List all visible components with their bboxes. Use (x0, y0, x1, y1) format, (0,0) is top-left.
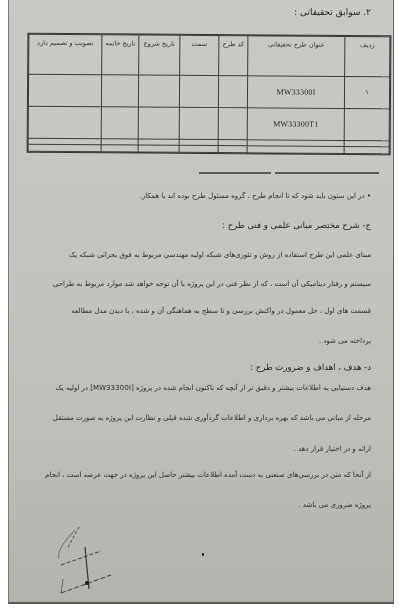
project-code-cell: MW33300T1 (247, 108, 344, 140)
table-row: MW33300T1 (28, 106, 389, 140)
section-d-line: پروژه ضروری می باشد . (298, 501, 371, 509)
footnote-text: • در این ستون باید شود که تا انجام طرح ،… (140, 192, 371, 200)
section-d-line: مرحله از مبانی می باشد که بهره برداری و … (31, 414, 371, 422)
table-cell (28, 106, 101, 138)
column-header: تاریخ خاتمه (102, 35, 139, 75)
table-cell (218, 107, 247, 139)
ink-mark (202, 553, 204, 556)
section-c-line: مبنای علمی این طرح استفاده از روش و تئور… (31, 251, 371, 259)
table-cell (218, 76, 247, 108)
table-cell (101, 75, 138, 107)
table-cell (138, 145, 179, 152)
table-cell (101, 145, 138, 152)
table-cell (138, 107, 179, 139)
section-c-line: سیستم و رفتار دینامیکی آن است ، که از نظ… (31, 280, 371, 288)
table-cell (138, 75, 179, 107)
separator-line (199, 172, 271, 174)
section-d-line: از آنجا که متن در بررسی‌های صنعتی به دست… (31, 471, 371, 479)
table-row (28, 144, 389, 153)
table-cell (179, 107, 218, 139)
section-c-line: قسمت های اول ، حل معمول در واکنش بررسی و… (45, 307, 371, 315)
section-heading-research-history: ۲. سوابق تحقیقاتی : (294, 8, 371, 18)
scanned-document-page: ۲. سوابق تحقیقاتی : ردیف عنوان طرح تحقیق… (8, 0, 394, 604)
table-cell (179, 75, 218, 107)
section-c-line: پرداخته می شود . (319, 337, 371, 345)
column-header: تصویب و تصمیم دارد (29, 34, 102, 75)
table-cell (344, 108, 389, 140)
column-header: کد طرح (219, 36, 248, 76)
column-header: تاریخ شروع (139, 35, 180, 75)
table-row: ۱ MW33300I (28, 74, 389, 108)
table-cell (101, 107, 138, 139)
table-cell (218, 146, 247, 153)
column-header: عنوان طرح تحقیقاتی (248, 36, 345, 77)
column-header: سمت (180, 35, 219, 75)
table-cell: ۱ (344, 76, 389, 108)
section-d-line: هدف دستیابی به اطلاعات بیشتر و دقیق تر ا… (31, 384, 371, 392)
table-cell (344, 147, 389, 154)
signature-icon (49, 525, 119, 595)
section-d-title: د- هدف ، اهداف و ضرورت طرح : (250, 363, 371, 373)
table-cell (247, 146, 344, 153)
column-header: ردیف (345, 36, 390, 76)
table-cell (28, 144, 101, 151)
table-header-row: ردیف عنوان طرح تحقیقاتی کد طرح سمت تاریخ… (29, 34, 390, 77)
table-cell (179, 146, 218, 153)
section-d-line: ارائه و در اختیار قرار دهد . (294, 445, 371, 453)
table-cell (28, 74, 101, 106)
research-history-table: ردیف عنوان طرح تحقیقاتی کد طرح سمت تاریخ… (27, 33, 392, 156)
project-code-cell: MW33300I (247, 76, 344, 108)
separator-line (275, 172, 379, 174)
section-c-title: ج- شرح مختصر مبانی علمی و فنی طرح : (222, 221, 371, 231)
